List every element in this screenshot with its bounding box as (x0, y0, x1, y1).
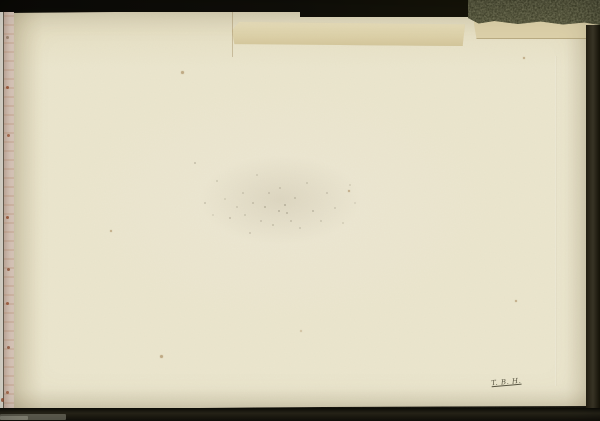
album-page: T. B. H. (13, 6, 590, 409)
initials-text: T. B. H. (491, 377, 522, 388)
sketchbook-photo: T. B. H. (0, 0, 600, 421)
binding-red-mark (1, 398, 4, 402)
foxing-spot (515, 300, 517, 302)
foxing-spot (300, 330, 302, 332)
handwritten-initials: T. B. H. (490, 368, 522, 390)
page-fore-edge-white (0, 4, 4, 413)
foxing-spot (181, 71, 184, 74)
tape-strip (232, 22, 465, 46)
book-cover-bottom-edge (0, 408, 600, 421)
page-crease-top (232, 11, 233, 57)
foxing-spot (160, 355, 163, 358)
stitched-binding-edge (4, 6, 14, 409)
cover-cloth-texture (468, 0, 600, 25)
graphite-smudge (188, 156, 373, 251)
foxing-spot (348, 190, 350, 192)
foxing-spot (110, 230, 112, 232)
page-crease-right (555, 56, 557, 386)
foxing-spot (523, 57, 525, 59)
cover-edge-highlight-inner (0, 416, 28, 420)
book-cover-right-edge (586, 25, 600, 415)
book-cover-corner (468, 0, 600, 25)
